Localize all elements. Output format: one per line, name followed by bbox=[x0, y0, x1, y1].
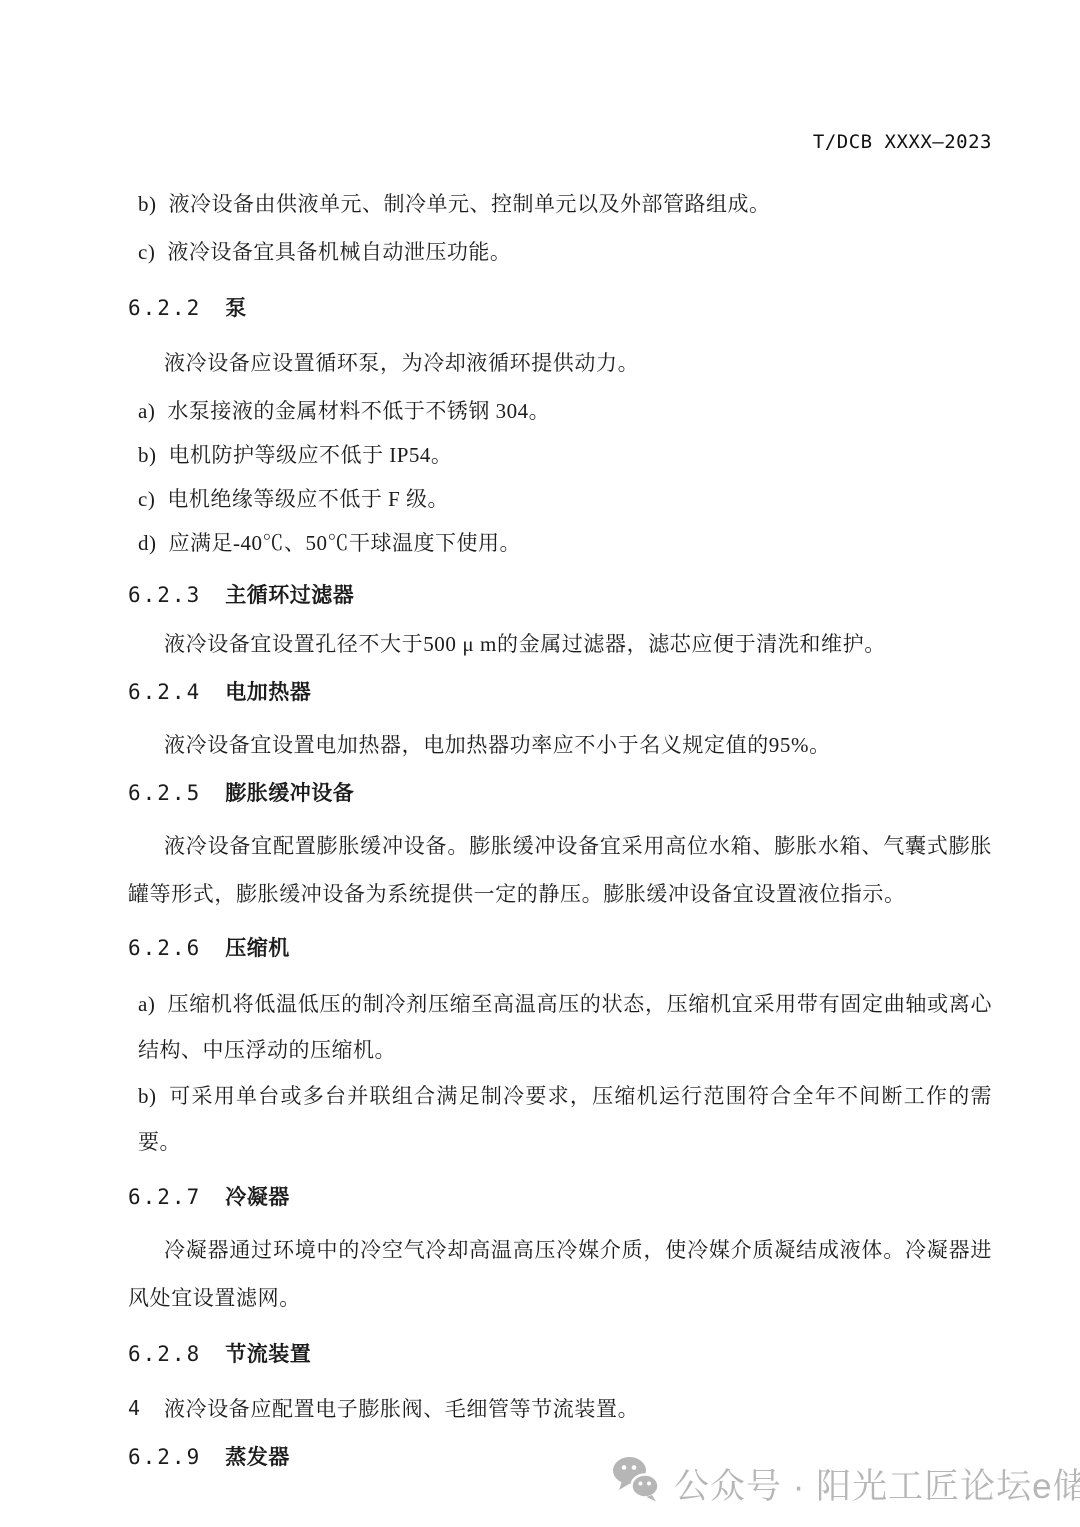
section-number: 6.2.8 bbox=[128, 1342, 201, 1366]
section-heading-6-2-5: 6.2.5膨胀缓冲设备 bbox=[128, 769, 992, 818]
section-title: 冷凝器 bbox=[225, 1186, 290, 1209]
list-item: c)电机绝缘等级应不低于 F 级。 bbox=[128, 477, 992, 521]
section-title: 膨胀缓冲设备 bbox=[225, 782, 354, 805]
item-marker: b) bbox=[138, 443, 157, 467]
section-number: 6.2.6 bbox=[128, 936, 201, 960]
list-item: b)液冷设备由供液单元、制冷单元、控制单元以及外部管路组成。 bbox=[128, 180, 992, 228]
document-content: T/DCB XXXX—2023 b)液冷设备由供液单元、制冷单元、控制单元以及外… bbox=[128, 130, 992, 1482]
section-heading-6-2-7: 6.2.7冷凝器 bbox=[128, 1173, 992, 1222]
section-heading-6-2-8: 6.2.8节流装置 bbox=[128, 1330, 992, 1379]
section-number: 6.2.5 bbox=[128, 781, 201, 805]
paragraph: 液冷设备应设置循环泵，为冷却液循环提供动力。 bbox=[128, 339, 992, 387]
page-header: T/DCB XXXX—2023 bbox=[128, 130, 992, 154]
section-number: 6.2.4 bbox=[128, 680, 201, 704]
wechat-icon bbox=[612, 1456, 660, 1511]
section-title: 主循环过滤器 bbox=[225, 584, 354, 607]
list-item: a)压缩机将低温低压的制冷剂压缩至高温高压的状态，压缩机宜采用带有固定曲轴或离心… bbox=[128, 981, 992, 1073]
item-marker: a) bbox=[138, 399, 155, 423]
document-page: T/DCB XXXX—2023 b)液冷设备由供液单元、制冷单元、控制单元以及外… bbox=[0, 0, 1080, 1527]
item-text: 水泵接液的金属材料不低于不锈钢 304。 bbox=[167, 399, 550, 423]
section-heading-6-2-4: 6.2.4电加热器 bbox=[128, 668, 992, 717]
section-number: 6.2.2 bbox=[128, 296, 201, 320]
paragraph: 液冷设备宜设置电加热器，电加热器功率应不小于名义规定值的95%。 bbox=[128, 721, 992, 769]
section-title: 压缩机 bbox=[225, 937, 290, 960]
paragraph: 液冷设备应配置电子膨胀阀、毛细管等节流装置。 bbox=[128, 1385, 992, 1433]
section-title: 蒸发器 bbox=[225, 1446, 290, 1469]
item-marker: a) bbox=[138, 992, 155, 1016]
paragraph: 冷凝器通过环境中的冷空气冷却高温高压冷媒介质，使冷媒介质凝结成液体。冷凝器进风处… bbox=[128, 1226, 992, 1322]
item-text: 压缩机将低温低压的制冷剂压缩至高温高压的状态，压缩机宜采用带有固定曲轴或离心结构… bbox=[138, 992, 992, 1062]
list-item: c)液冷设备宜具备机械自动泄压功能。 bbox=[128, 228, 992, 276]
paragraph: 液冷设备宜设置孔径不大于500 μ m的金属过滤器，滤芯应便于清洗和维护。 bbox=[128, 620, 992, 668]
paragraph: 液冷设备宜配置膨胀缓冲设备。膨胀缓冲设备宜采用高位水箱、膨胀水箱、气囊式膨胀罐等… bbox=[128, 822, 992, 918]
standard-number: T/DCB XXXX—2023 bbox=[813, 131, 992, 153]
list-item: b)电机防护等级应不低于 IP54。 bbox=[128, 433, 992, 477]
section-heading-6-2-3: 6.2.3主循环过滤器 bbox=[128, 571, 992, 620]
section-number: 6.2.9 bbox=[128, 1445, 201, 1469]
list-item: b)可采用单台或多台并联组合满足制冷要求，压缩机运行范围符合全年不间断工作的需要… bbox=[128, 1073, 992, 1165]
item-group: a)水泵接液的金属材料不低于不锈钢 304。 b)电机防护等级应不低于 IP54… bbox=[128, 389, 992, 565]
item-marker: b) bbox=[138, 1084, 157, 1108]
item-text: 电机绝缘等级应不低于 F 级。 bbox=[167, 487, 449, 511]
item-marker: b) bbox=[138, 192, 157, 216]
item-group: a)压缩机将低温低压的制冷剂压缩至高温高压的状态，压缩机宜采用带有固定曲轴或离心… bbox=[128, 981, 992, 1165]
list-item: d)应满足-40℃、50℃干球温度下使用。 bbox=[128, 521, 992, 565]
item-text: 可采用单台或多台并联组合满足制冷要求，压缩机运行范围符合全年不间断工作的需要。 bbox=[138, 1084, 992, 1154]
section-number: 6.2.7 bbox=[128, 1185, 201, 1209]
watermark: 公众号 · 阳光工匠论坛e储能 bbox=[612, 1456, 1080, 1511]
section-title: 泵 bbox=[225, 297, 247, 320]
section-heading-6-2-2: 6.2.2泵 bbox=[128, 284, 992, 333]
page-number: 4 bbox=[128, 1396, 140, 1420]
item-marker: d) bbox=[138, 531, 157, 555]
list-item: a)水泵接液的金属材料不低于不锈钢 304。 bbox=[128, 389, 992, 433]
item-text: 液冷设备宜具备机械自动泄压功能。 bbox=[167, 240, 511, 264]
section-number: 6.2.3 bbox=[128, 583, 201, 607]
item-text: 电机防护等级应不低于 IP54。 bbox=[169, 443, 453, 467]
item-text: 应满足-40℃、50℃干球温度下使用。 bbox=[169, 531, 522, 555]
item-marker: c) bbox=[138, 487, 155, 511]
section-heading-6-2-6: 6.2.6压缩机 bbox=[128, 924, 992, 973]
item-marker: c) bbox=[138, 240, 155, 264]
section-title: 节流装置 bbox=[225, 1343, 311, 1366]
watermark-text: 公众号 · 阳光工匠论坛e储能 bbox=[674, 1459, 1080, 1509]
item-text: 液冷设备由供液单元、制冷单元、控制单元以及外部管路组成。 bbox=[169, 192, 771, 216]
section-title: 电加热器 bbox=[225, 681, 311, 704]
